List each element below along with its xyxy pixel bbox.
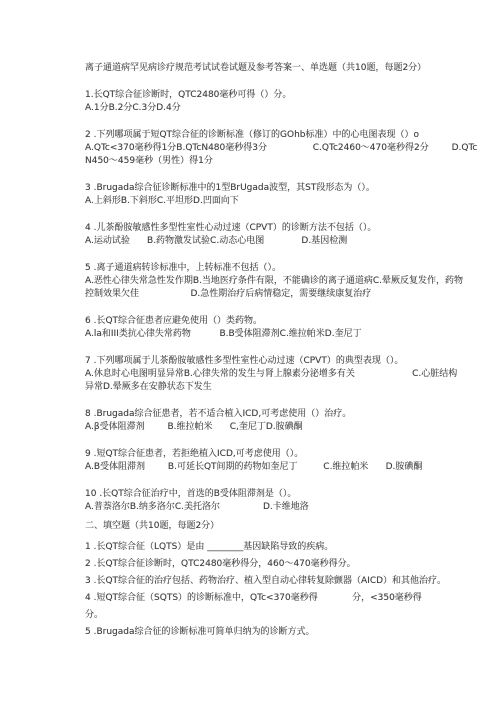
question-2: 2 .下列哪项属于短QT综合征的诊断标准（修订的GOhb标准）中的心电图表现（）… <box>85 129 430 168</box>
question-text: 2 .下列哪项属于短QT综合征的诊断标准（修订的GOhb标准）中的心电图表现（）… <box>85 129 430 142</box>
fill-blank-section-heading: 二、填空题（共10题，每题2分） <box>85 520 430 533</box>
question-options: A.上斜形B.下斜形C.平坦形D.凹面向下 <box>85 195 430 208</box>
question-text: 10 .长QT综合征治疗中，首选的B受体阻滞剂是（）。 <box>85 488 430 501</box>
question-6: 6 .长QT综合征患者应避免使用（）类药物。 A.la和III类抗心律失常药物 … <box>85 315 430 341</box>
question-options: A.la和III类抗心律失常药物 B.B受体阻滞剂C.维拉帕米D.奎尼丁 <box>85 328 430 341</box>
question-text: 8 .Brugada综合征患者，若不适合植入ICD,可考虑使用（）治疗。 <box>85 408 430 421</box>
question-options: A.恶性心律失常急性发作期B.当地医疗条件有限，不能确诊的离子通道病C.晕厥反复… <box>85 275 430 288</box>
question-options-continued: 控制效果欠佳 D.急性期治疗后病情稳定，需要继续康复治疗 <box>85 288 430 301</box>
question-options: A.运动试验 B.药物激发试验C.动态心电图 D.基因检测 <box>85 235 430 248</box>
question-options: A.QTc<370毫秒得1分B.QTcN480毫秒得3分 C.QTc2460～4… <box>85 142 430 155</box>
question-8: 8 .Brugada综合征患者，若不适合植入ICD,可考虑使用（）治疗。 A.β… <box>85 408 430 434</box>
fill-item-3: 3 .长QT综合征的治疗包括、药物治疗、植入型自动心律转复除颤器（AICD）和其… <box>85 575 430 588</box>
fill-item-4: 4 .短QT综合征（SQTS）的诊断标准中，QTc<370毫秒得 分，<350毫… <box>85 592 430 605</box>
question-3: 3 .Brugada综合征诊断标准中的1型BrUgada波型，其ST段形态为（）… <box>85 182 430 208</box>
question-text: 9 .短QT综合征患者，若拒绝植入ICD,可考虑使用（）。 <box>85 448 430 461</box>
question-1: 1.长QT综合征诊断时，QTC2480毫秒可得（）分。 A.1分B.2分C.3分… <box>85 89 430 115</box>
question-options: A.1分B.2分C.3分D.4分 <box>85 102 430 115</box>
question-9: 9 .短QT综合征患者，若拒绝植入ICD,可考虑使用（）。 A.B受体阻滞剂 B… <box>85 448 430 474</box>
question-options: A.普萘洛尔B.纳多洛尔C.美托洛尔 D.卡维地洛 <box>85 501 430 514</box>
question-options-continued: 异常D.晕厥多在安静状态下发生 <box>85 381 430 394</box>
fill-item-4-continued: 分。 <box>85 609 430 622</box>
question-options: A.休息时心电图明显异常B.心律失常的发生与肾上腺素分泌增多有关 C.心脏结构 <box>85 368 430 381</box>
fill-blank-list: 1 .长QT综合征（LQTS）是由 ________基因缺陷导致的疾病。 2 .… <box>85 541 430 639</box>
question-options-continued: N450～459毫秒（男性）得1分 <box>85 155 430 168</box>
question-text: 7 .下列哪项属于儿茶酚胺敏感性多型性室性心动过速（CPVT）的典型表现（）。 <box>85 355 430 368</box>
fill-item-2: 2 .长QT综合征诊断时，QTC2480毫秒得分，460～470毫秒得分。 <box>85 558 430 571</box>
fill-item-1: 1 .长QT综合征（LQTS）是由 ________基因缺陷导致的疾病。 <box>85 541 430 554</box>
document-content: 离子通道病罕见病诊疗规范考试试卷试题及参考答案一、单选题（共10题，每题2分） … <box>85 62 430 643</box>
exam-document-page: 离子通道病罕见病诊疗规范考试试卷试题及参考答案一、单选题（共10题，每题2分） … <box>0 0 500 707</box>
question-text: 4 .儿茶酚胺敏感性多型性室性心动过速（CPVT）的诊断方法不包括（）。 <box>85 222 430 235</box>
question-options: A.β受体阻滞剂 B.维拉帕米 C,奎尼丁D.胺碘酮 <box>85 421 430 434</box>
document-title: 离子通道病罕见病诊疗规范考试试卷试题及参考答案一、单选题（共10题，每题2分） <box>85 62 430 75</box>
question-text: 5 .离子通道病转诊标准中，上转标准不包括（）。 <box>85 262 430 275</box>
question-5: 5 .离子通道病转诊标准中，上转标准不包括（）。 A.恶性心律失常急性发作期B.… <box>85 262 430 301</box>
question-text: 6 .长QT综合征患者应避免使用（）类药物。 <box>85 315 430 328</box>
question-4: 4 .儿茶酚胺敏感性多型性室性心动过速（CPVT）的诊断方法不包括（）。 A.运… <box>85 222 430 248</box>
fill-item-5: 5 .Brugada综合征的诊断标准可简单归纳为的诊断方式。 <box>85 626 430 639</box>
question-options: A.B受体阻滞剂 B.可延长QT间期的药物如奎尼丁 C.维拉帕米 D.胺碘酮 <box>85 461 430 474</box>
question-text: 1.长QT综合征诊断时，QTC2480毫秒可得（）分。 <box>85 89 430 102</box>
question-text: 3 .Brugada综合征诊断标准中的1型BrUgada波型，其ST段形态为（）… <box>85 182 430 195</box>
question-10: 10 .长QT综合征治疗中，首选的B受体阻滞剂是（）。 A.普萘洛尔B.纳多洛尔… <box>85 488 430 514</box>
question-7: 7 .下列哪项属于儿茶酚胺敏感性多型性室性心动过速（CPVT）的典型表现（）。 … <box>85 355 430 394</box>
